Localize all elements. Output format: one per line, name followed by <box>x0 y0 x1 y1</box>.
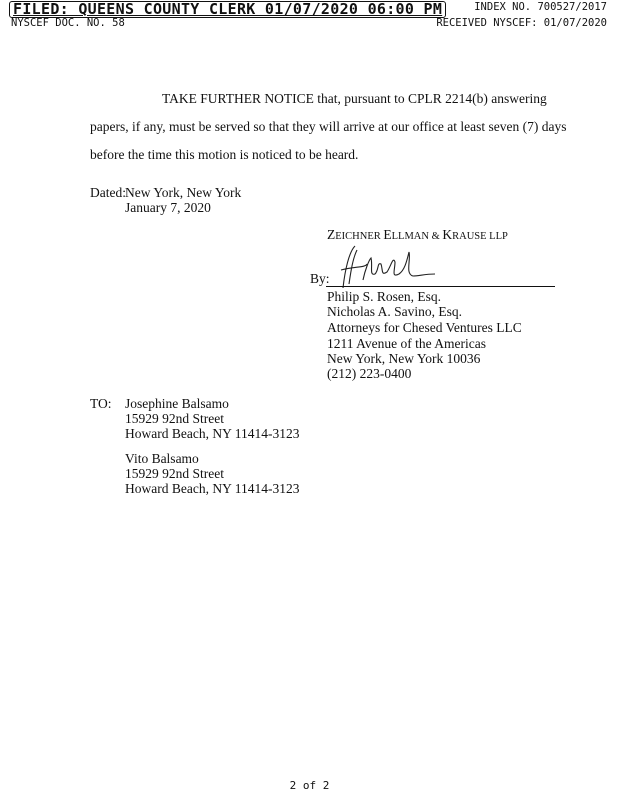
received-date: RECEIVED NYSCEF: 01/07/2020 <box>436 17 607 29</box>
dated-date: January 7, 2020 <box>125 200 211 216</box>
notice-paragraph-line-3: before the time this motion is noticed t… <box>90 147 358 163</box>
dated-label: Dated: <box>90 185 126 201</box>
recipient-name: Josephine Balsamo <box>125 396 229 412</box>
by-label: By: <box>310 271 330 287</box>
recipient-city: Howard Beach, NY 11414-3123 <box>125 481 299 497</box>
firm-cap: Z <box>327 227 335 242</box>
notice-paragraph-line-2: papers, if any, must be served so that t… <box>90 119 566 135</box>
to-label: TO: <box>90 396 112 412</box>
attorney-line: Attorneys for Chesed Ventures LLC <box>327 320 522 336</box>
recipient-city: Howard Beach, NY 11414-3123 <box>125 426 299 442</box>
attorney-line: Nicholas A. Savino, Esq. <box>327 304 462 320</box>
recipient-street: 15929 92nd Street <box>125 411 224 427</box>
doc-number: NYSCEF DOC. NO. 58 <box>11 17 125 29</box>
handwritten-signature <box>335 240 445 290</box>
filed-banner: FILED: QUEENS COUNTY CLERK 01/07/2020 06… <box>9 1 446 18</box>
recipient-name: Vito Balsamo <box>125 451 199 467</box>
dated-city: New York, New York <box>125 185 241 201</box>
signature-line <box>326 286 555 287</box>
page-number: 2 of 2 <box>0 779 619 792</box>
firm-rest: RAUSE LLP <box>452 231 508 242</box>
attorney-line: New York, New York 10036 <box>327 351 480 367</box>
notice-paragraph-line-1: TAKE FURTHER NOTICE that, pursuant to CP… <box>162 91 547 107</box>
recipient-street: 15929 92nd Street <box>125 466 224 482</box>
attorney-line: 1211 Avenue of the Americas <box>327 336 486 352</box>
attorney-line: Philip S. Rosen, Esq. <box>327 289 441 305</box>
attorney-line: (212) 223-0400 <box>327 366 411 382</box>
index-number: INDEX NO. 700527/2017 <box>474 1 607 13</box>
